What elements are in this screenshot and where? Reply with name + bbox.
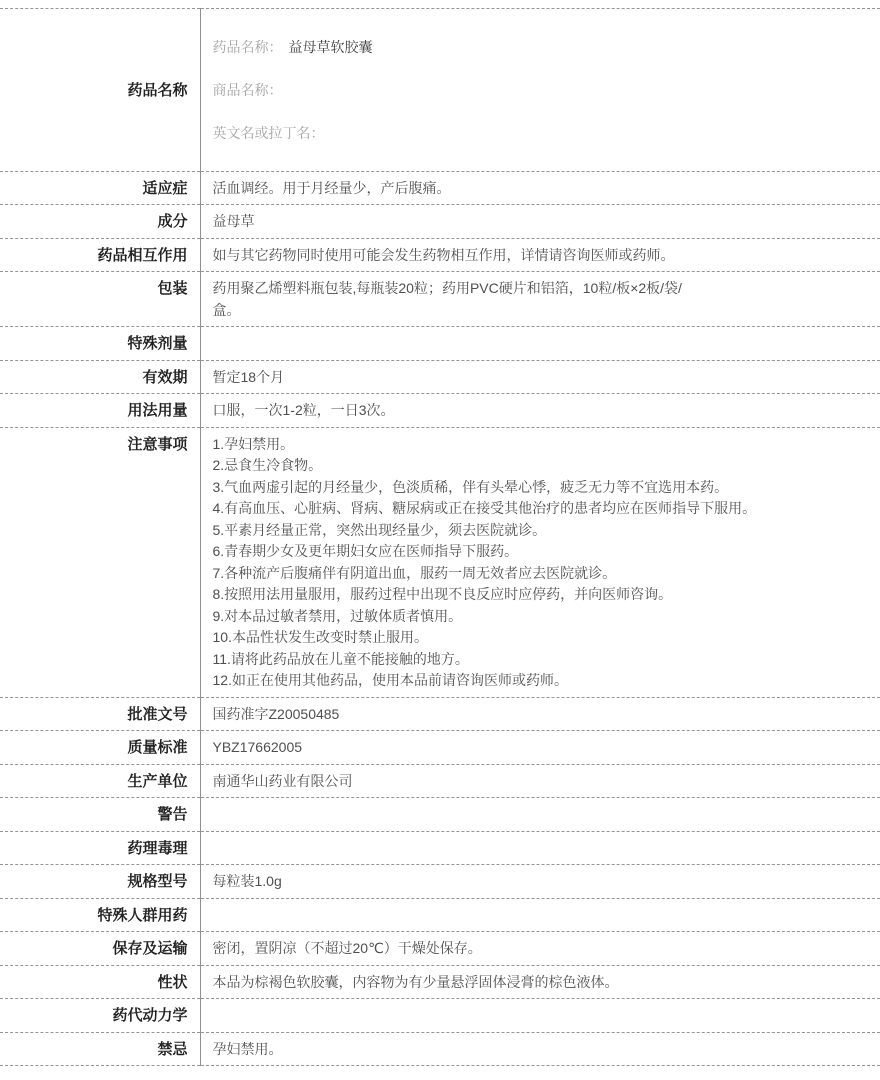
table-row-precautions: 注意事项 1.孕妇禁用。 2.忌食生冷食物。 3.气血两虚引起的月经量少，色淡质…	[0, 427, 880, 697]
row-value: 如与其它药物同时使用可能会发生药物相互作用，详情请咨询医师或药师。	[200, 238, 880, 272]
row-label: 适应症	[0, 171, 200, 205]
generic-name-label: 药品名称：	[213, 39, 283, 55]
table-row-quality-standard: 质量标准 YBZ17662005	[0, 731, 880, 765]
table-row-interactions: 药品相互作用 如与其它药物同时使用可能会发生药物相互作用，详情请咨询医师或药师。	[0, 238, 880, 272]
table-row-description: 性状 本品为棕褐色软胶囊，内容物为有少量悬浮固体浸膏的棕色液体。	[0, 965, 880, 999]
drug-name-cell: 药品名称：益母草软胶囊 商品名称： 英文名或拉丁名：	[200, 9, 880, 172]
generic-name-value: 益母草软胶囊	[283, 39, 373, 55]
row-label: 药理毒理	[0, 831, 200, 865]
row-label: 成分	[0, 205, 200, 239]
row-label: 警告	[0, 798, 200, 832]
row-value: 暂定18个月	[200, 360, 880, 394]
row-value: 国药准字Z20050485	[200, 697, 880, 731]
row-value: 1.孕妇禁用。 2.忌食生冷食物。 3.气血两虚引起的月经量少，色淡质稀，伴有头…	[200, 427, 880, 697]
row-label: 注意事项	[0, 427, 200, 697]
row-label: 性状	[0, 965, 200, 999]
row-label: 用法用量	[0, 394, 200, 428]
table-row-specification: 规格型号 每粒装1.0g	[0, 865, 880, 899]
row-label: 质量标准	[0, 731, 200, 765]
table-row-approval-number: 批准文号 国药准字Z20050485	[0, 697, 880, 731]
row-label: 特殊人群用药	[0, 898, 200, 932]
table-row-ingredients: 成分 益母草	[0, 205, 880, 239]
row-label: 规格型号	[0, 865, 200, 899]
row-value: 活血调经。用于月经量少，产后腹痛。	[200, 171, 880, 205]
row-label: 禁忌	[0, 1032, 200, 1066]
row-label: 药品名称	[0, 9, 200, 172]
row-value	[200, 999, 880, 1033]
row-label: 药代动力学	[0, 999, 200, 1033]
row-value: 药用聚乙烯塑料瓶包装,每瓶装20粒；药用PVC硬片和铝箔，10粒/板×2板/袋/…	[200, 272, 880, 327]
row-label: 药品相互作用	[0, 238, 200, 272]
table-row-shelf-life: 有效期 暂定18个月	[0, 360, 880, 394]
table-row-storage-transport: 保存及运输 密闭，置阴凉（不超过20℃）干燥处保存。	[0, 932, 880, 966]
table-row-warning: 警告	[0, 798, 880, 832]
table-row-special-populations: 特殊人群用药	[0, 898, 880, 932]
row-value: 口服，一次1-2粒，一日3次。	[200, 394, 880, 428]
row-label: 有效期	[0, 360, 200, 394]
drug-info-table: 药品名称 药品名称：益母草软胶囊 商品名称： 英文名或拉丁名： 适应症 活血调经…	[0, 8, 880, 1066]
row-label: 生产单位	[0, 764, 200, 798]
row-value: YBZ17662005	[200, 731, 880, 765]
table-row-contraindications: 禁忌 孕妇禁用。	[0, 1032, 880, 1066]
row-value	[200, 898, 880, 932]
row-value	[200, 831, 880, 865]
table-row-special-dosage: 特殊剂量	[0, 327, 880, 361]
table-row-pharmacokinetics: 药代动力学	[0, 999, 880, 1033]
row-value: 益母草	[200, 205, 880, 239]
row-label: 包装	[0, 272, 200, 327]
row-label: 保存及运输	[0, 932, 200, 966]
row-value: 南通华山药业有限公司	[200, 764, 880, 798]
table-row-pharmacology-toxicology: 药理毒理	[0, 831, 880, 865]
table-row-packaging: 包装 药用聚乙烯塑料瓶包装,每瓶装20粒；药用PVC硬片和铝箔，10粒/板×2板…	[0, 272, 880, 327]
row-value: 密闭，置阴凉（不超过20℃）干燥处保存。	[200, 932, 880, 966]
row-value	[200, 798, 880, 832]
row-value: 每粒装1.0g	[200, 865, 880, 899]
row-value	[200, 327, 880, 361]
table-row-indications: 适应症 活血调经。用于月经量少，产后腹痛。	[0, 171, 880, 205]
trade-name-label: 商品名称：	[213, 80, 871, 102]
row-label: 特殊剂量	[0, 327, 200, 361]
table-row-manufacturer: 生产单位 南通华山药业有限公司	[0, 764, 880, 798]
generic-name-line: 药品名称：益母草软胶囊	[213, 37, 871, 59]
row-value: 本品为棕褐色软胶囊，内容物为有少量悬浮固体浸膏的棕色液体。	[200, 965, 880, 999]
table-row-dosage: 用法用量 口服，一次1-2粒，一日3次。	[0, 394, 880, 428]
drug-name-row: 药品名称 药品名称：益母草软胶囊 商品名称： 英文名或拉丁名：	[0, 9, 880, 172]
row-label: 批准文号	[0, 697, 200, 731]
english-name-label: 英文名或拉丁名：	[213, 123, 871, 145]
row-value: 孕妇禁用。	[200, 1032, 880, 1066]
